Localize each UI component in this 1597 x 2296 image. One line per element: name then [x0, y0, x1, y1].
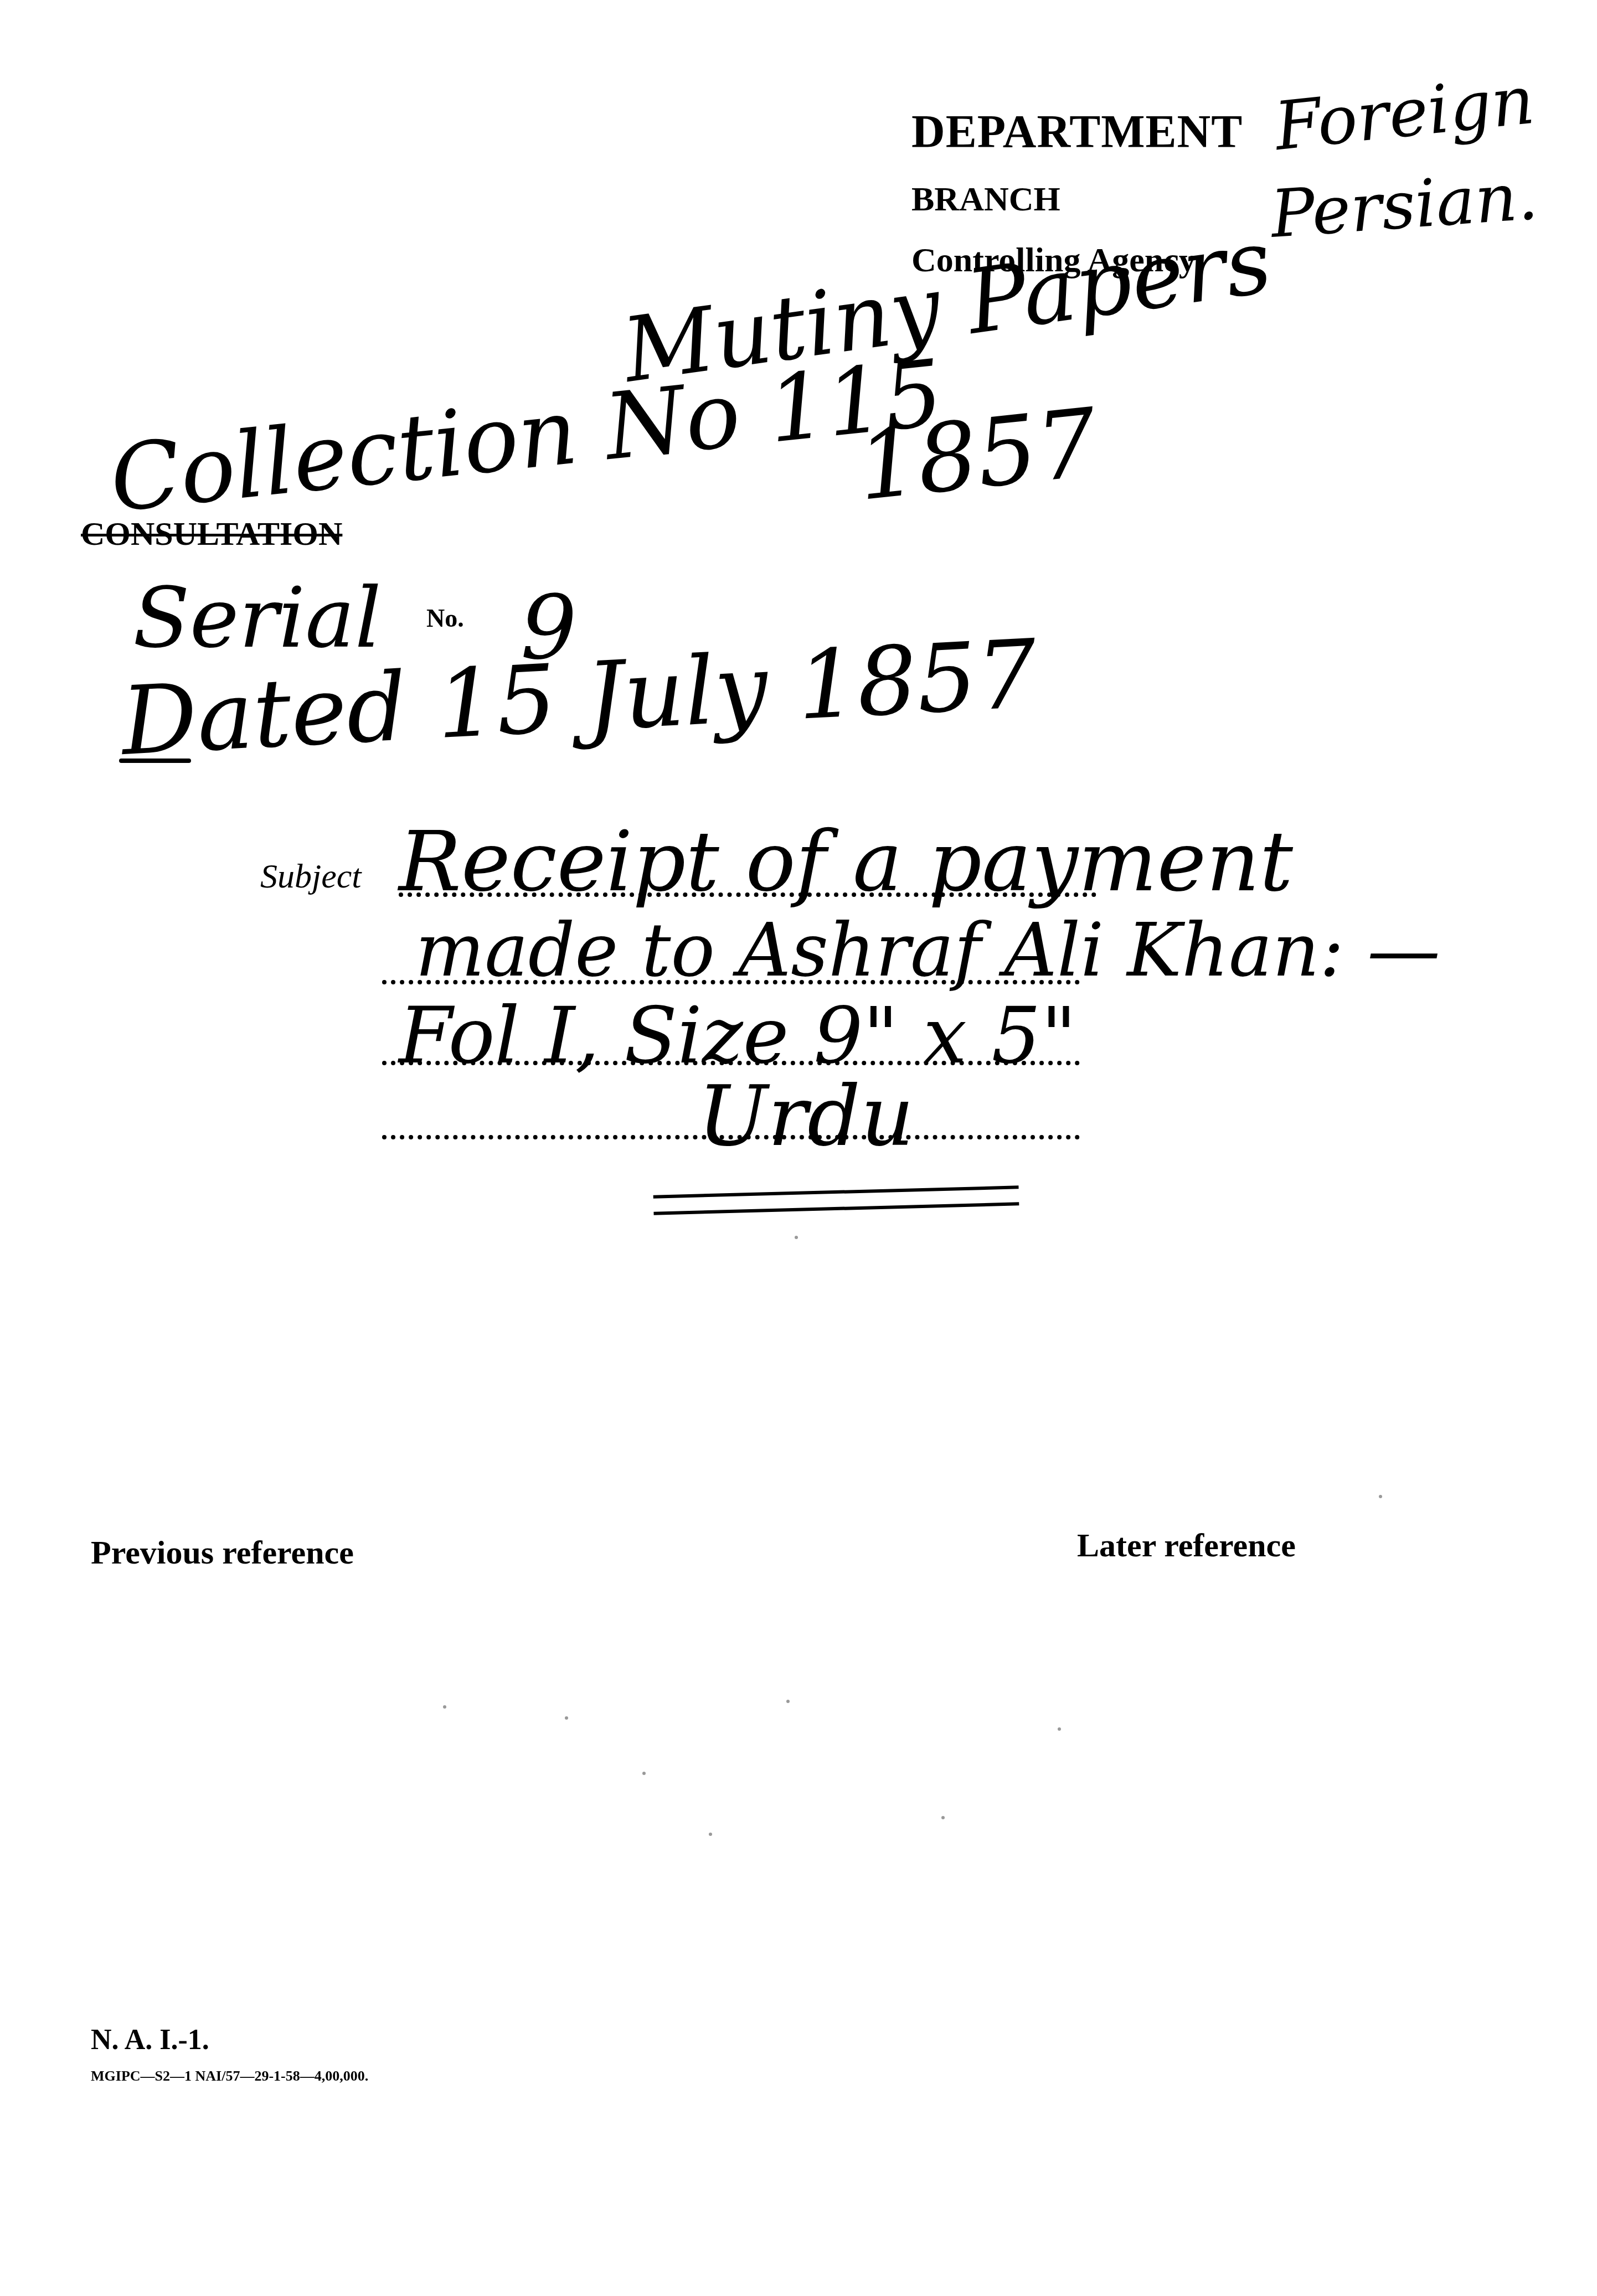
previous-reference-label: Previous reference	[91, 1534, 354, 1572]
collection-number: Collection No 115	[105, 339, 947, 533]
serial-no-label: No.	[426, 603, 464, 633]
scan-speck	[786, 1700, 790, 1703]
scan-speck	[709, 1833, 712, 1836]
subject-line-4: Urdu	[698, 1069, 914, 1165]
branch-value: Persian.	[1268, 158, 1540, 252]
serial-word: Serial	[133, 570, 382, 667]
scan-speck	[1058, 1727, 1061, 1731]
department-value: Foreign	[1271, 62, 1538, 166]
scan-speck	[565, 1716, 568, 1720]
subject-line-2: made to Ashraf Ali Khan: —	[415, 908, 1440, 993]
consultation-label-struck: CONSULTATION	[81, 515, 342, 553]
subject-label: Subject	[260, 857, 362, 896]
scan-speck	[795, 1236, 798, 1239]
department-label: DEPARTMENT	[911, 105, 1243, 159]
scan-speck	[443, 1705, 446, 1709]
scan-speck	[642, 1772, 646, 1775]
form-number: N. A. I.-1.	[91, 2024, 209, 2056]
later-reference-label: Later reference	[1077, 1526, 1296, 1565]
scan-speck	[941, 1816, 945, 1819]
scan-speck	[1379, 1495, 1382, 1498]
double-underline	[653, 1185, 1019, 1215]
branch-label: BRANCH	[911, 180, 1060, 219]
subject-line-1: Receipt of a payment	[399, 814, 1293, 910]
print-info: MGIPC—S2—1 NAI/57—29-1-58—4,00,000.	[91, 2068, 368, 2085]
subject-line-3: Fol I, Size 9" x 5"	[399, 991, 1076, 1081]
